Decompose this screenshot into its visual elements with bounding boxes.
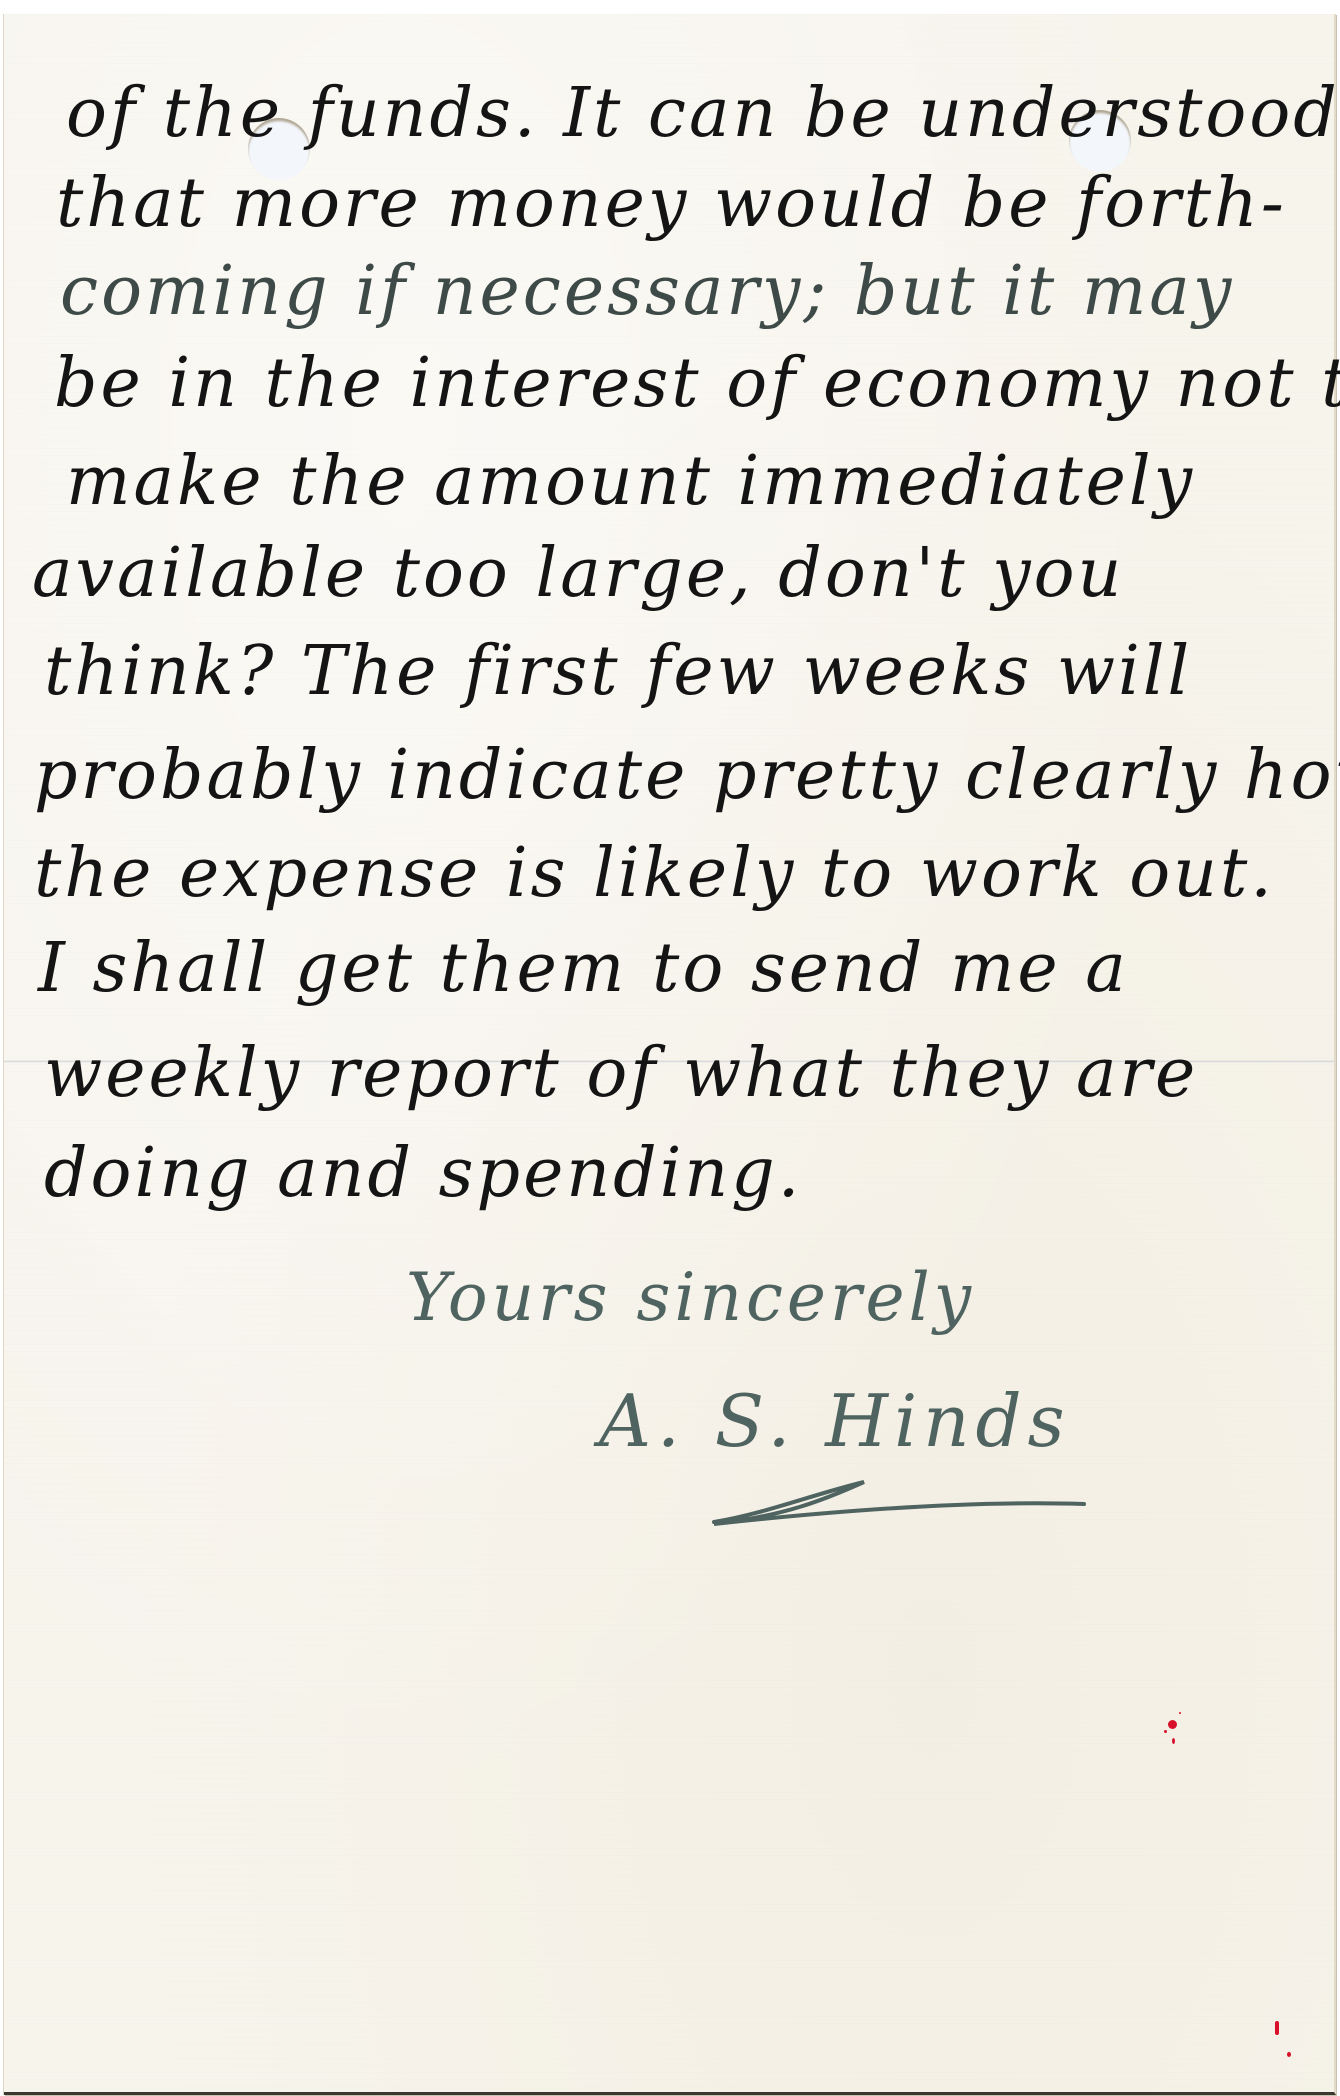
red-ink-speck bbox=[1164, 1730, 1167, 1733]
red-ink-speck bbox=[1179, 1712, 1181, 1714]
letter-line: think? The first few weeks will bbox=[44, 632, 1192, 711]
letter-line: doing and spending. bbox=[44, 1134, 802, 1213]
letter-line: the expense is likely to work out. bbox=[34, 834, 1275, 913]
letter-line: I shall get them to send me a bbox=[38, 929, 1129, 1008]
signature-flourish bbox=[704, 1474, 1104, 1534]
letter-line: probably indicate pretty clearly how bbox=[34, 736, 1340, 815]
letter-line: available too large, don't you bbox=[32, 534, 1124, 613]
red-ink-speck bbox=[1287, 2052, 1291, 2057]
signature: A. S. Hinds bbox=[599, 1379, 1071, 1463]
letter-line: weekly report of what they are bbox=[44, 1034, 1198, 1113]
red-ink-speck bbox=[1275, 2021, 1279, 2035]
letter-line: make the amount immediately bbox=[66, 442, 1195, 521]
red-ink-speck bbox=[1168, 1720, 1177, 1729]
red-ink-speck bbox=[1172, 1738, 1175, 1744]
letter-line: coming if necessary; but it may bbox=[60, 252, 1234, 331]
letter-line: be in the interest of economy not to bbox=[54, 344, 1340, 423]
letter-closing: Yours sincerely bbox=[406, 1259, 975, 1336]
letter-line: that more money would be forth- bbox=[56, 164, 1287, 243]
letter-page: of the funds. It can be understood that … bbox=[4, 14, 1336, 2095]
letter-line: of the funds. It can be understood bbox=[66, 74, 1340, 153]
